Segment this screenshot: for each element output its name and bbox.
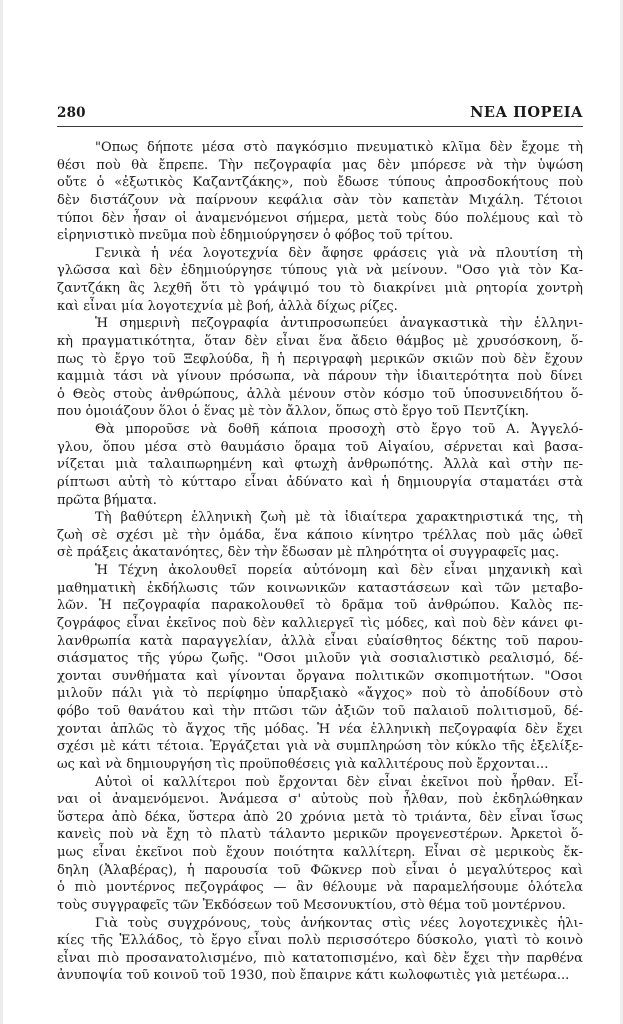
text-line: χονται συνθήματα καὶ γίνονται ὄργανα πολ… — [57, 668, 583, 686]
text-line: Ἡ Τέχνη ἀκολουθεῖ πορεία αὐτόνομη καὶ δὲ… — [57, 562, 583, 580]
text-line: πρῶτα βήματα. — [57, 492, 583, 510]
text-line: ἀνυποψία τοῦ κοινοῦ τοῦ 1930, ποὺ ἔπαιρν… — [57, 967, 583, 985]
text-line: δὲν διστάζουν νὰ παίρνουν κεφάλια σὰν τὸ… — [57, 192, 583, 210]
scan-left-edge — [0, 0, 3, 1024]
text-line: γλου, ὅπου μέσα στὸ θαυμάσιο ὅραμα τοῦ Α… — [57, 439, 583, 457]
text-line: νίζεται μιὰ ταλαιπωρημένη καὶ φτωχὴ ἀνθρ… — [57, 456, 583, 474]
text-line: κίες τῆς Ἑλλάδος, τὸ ἔργο εἶναι πολὺ περ… — [57, 932, 583, 950]
text-line: λανθρωπία κατὰ παραγγελίαν, ἀλλὰ εἶναι ε… — [57, 633, 583, 651]
text-line: εἶναι πιὸ προσανατολισμένο, πιὸ κατατοπι… — [57, 950, 583, 968]
text-line: τύποι δὲν ἦσαν οἱ ἀναμενόμενοι σήμερα, μ… — [57, 210, 583, 228]
text-line: ζαντζάκη ἂς λεχθῆ ὅτι τὸ γράψιμό του τὸ … — [57, 280, 583, 298]
text-line: Γιὰ τοὺς συγχρόνους, τοὺς ἀνήκοντας στὶς… — [57, 915, 583, 933]
text-line: χονται ἁπλῶς τὸ ἄγχος τῆς μόδας. Ἡ νέα ἑ… — [57, 721, 583, 739]
paragraph: Γιὰ τοὺς συγχρόνους, τοὺς ἀνήκοντας στὶς… — [57, 915, 583, 986]
text-line: Αὐτοὶ οἱ καλλίτεροι ποὺ ἔρχονται δὲν εἶν… — [57, 774, 583, 792]
text-line: που ὁμοιάζουν ὅλοι ὁ ἕνας μὲ τὸν ἄλλον, … — [57, 403, 583, 421]
text-line: Τὴ βαθύτερη ἑλληνικὴ ζωὴ μὲ τὰ ἰδιαίτερα… — [57, 509, 583, 527]
text-line: καμμιὰ τάσι νὰ γίνουν πρόσωπα, νὰ πάρουν… — [57, 368, 583, 386]
text-line: εἰρηνιστικὸ πνεῦμα ποὺ ἐδημιούργησεν ὁ φ… — [57, 227, 583, 245]
running-head: 280 ΝΕΑ ΠΟΡΕΙΑ — [57, 104, 583, 121]
paragraph: Αὐτοὶ οἱ καλλίτεροι ποὺ ἔρχονται δὲν εἶν… — [57, 774, 583, 915]
text-line: δηλη (Ἀλαβέρας), ἡ παρουσία τοῦ Φῶκνερ π… — [57, 862, 583, 880]
text-line: μαθηματικὴ ἐκδήλωσις τῶν κοινωνικῶν κατα… — [57, 580, 583, 598]
text-line: κανεὶς ποὺ νὰ ἔχη τὸ πλατὺ τάλαντο μερικ… — [57, 826, 583, 844]
paragraph: Γενικὰ ἡ νέα λογοτεχνία δὲν ἄφησε φράσει… — [57, 245, 583, 316]
header-rule — [57, 126, 583, 127]
paragraph: "Οπως δήποτε μέσα στὸ παγκόσμιο πνευματι… — [57, 139, 583, 245]
text-line: οὔτε ὁ «ἐξωτικὸς Καζαντζάκης», ποὺ ἔδωσε… — [57, 174, 583, 192]
paragraph: Τὴ βαθύτερη ἑλληνικὴ ζωὴ μὲ τὰ ἰδιαίτερα… — [57, 509, 583, 562]
text-line: σχέσι μὲ κάτι τέτοια. Ἐργάζεται γιὰ νὰ σ… — [57, 738, 583, 756]
page-number: 280 — [57, 105, 86, 121]
paragraph: Θὰ μποροῦσε νὰ δοθῆ κάποια προσοχὴ στὸ ἔ… — [57, 421, 583, 509]
text-line: Γενικὰ ἡ νέα λογοτεχνία δὲν ἄφησε φράσει… — [57, 245, 583, 263]
text-line: κὴ πραγματικότητα, ὅταν δὲν εἶναι ἕνα ἄδ… — [57, 333, 583, 351]
text-line: σὲ πράξεις ἀκατανόητες, δὲν τὴν ἔδωσαν μ… — [57, 544, 583, 562]
paragraph: Ἡ σημερινὴ πεζογραφία ἀντιπροσωπεύει ἀνα… — [57, 315, 583, 421]
text-line: θέσι ποὺ θὰ ἔπρεπε. Τὴν πεζογραφία μας δ… — [57, 157, 583, 175]
text-line: φόβο τοῦ θανάτου καὶ τὴν πτῶσι τῶν ἀξιῶν… — [57, 703, 583, 721]
text-line: ζωὴ σὲ σχέσι μὲ τὴν ὁμάδα, ἕνα κάποιο κί… — [57, 527, 583, 545]
text-line: τοὺς συγγραφεῖς τῶν Ἐκδόσεων τοῦ Μεσονυκ… — [57, 897, 583, 915]
text-line: ὕστερα ἀπὸ δέκα, ὕστερα ἀπὸ 20 χρόνια με… — [57, 809, 583, 827]
article-body: "Οπως δήποτε μέσα στὸ παγκόσμιο πνευματι… — [57, 139, 583, 985]
text-line: μως εἶναι ἐκεῖνοι ποὺ ἔχουν ποιότητα καλ… — [57, 844, 583, 862]
paragraph: Ἡ Τέχνη ἀκολουθεῖ πορεία αὐτόνομη καὶ δὲ… — [57, 562, 583, 774]
text-line: γλῶσσα καὶ δὲν ἐδημιούργησε τύπους γιὰ ν… — [57, 262, 583, 280]
text-line: ρίπτωσι αὐτὴ τὸ κύτταρο εἶναι ἀδύνατο κα… — [57, 474, 583, 492]
text-line: ὁ Θεὸς στοὺς ἀνθρώπους, ἀλλὰ μένουν στὸν… — [57, 386, 583, 404]
text-line: ζογράφος εἶναι ἐκεῖνος ποὺ δὲν καλλιεργε… — [57, 615, 583, 633]
text-line: Ἡ σημερινὴ πεζογραφία ἀντιπροσωπεύει ἀνα… — [57, 315, 583, 333]
text-line: Θὰ μποροῦσε νὰ δοθῆ κάποια προσοχὴ στὸ ἔ… — [57, 421, 583, 439]
text-line: σιάσματος τῆς γύρω ζωῆς. "Οσοι μιλοῦν γι… — [57, 650, 583, 668]
text-line: μιλοῦν πάλι γιὰ τὸ περίφημο ὑπαρξιακὸ «ἄ… — [57, 685, 583, 703]
text-line: λῶν. Ἡ πεζογραφία παρακολουθεῖ τὸ δρᾶμα … — [57, 597, 583, 615]
text-line: "Οπως δήποτε μέσα στὸ παγκόσμιο πνευματι… — [57, 139, 583, 157]
text-line: ναι οἱ ἀναμενόμενοι. Ἀνάμεσα σ' αὐτοὺς π… — [57, 791, 583, 809]
text-line: πως τὸ ἔργο τοῦ Ξεφλούδα, ἢ ἡ περιγραφὴ … — [57, 351, 583, 369]
text-line: ὁ πιὸ μοντέρνος πεζογράφος — ἂν θέλουμε … — [57, 879, 583, 897]
text-line: καὶ εἶναι μία λογοτεχνία μὲ βοή, ἀλλὰ δί… — [57, 298, 583, 316]
text-line: ως καὶ νὰ δημιουργήση τὶς προϋποθέσεις γ… — [57, 756, 583, 774]
journal-title: ΝΕΑ ΠΟΡΕΙΑ — [470, 104, 583, 121]
